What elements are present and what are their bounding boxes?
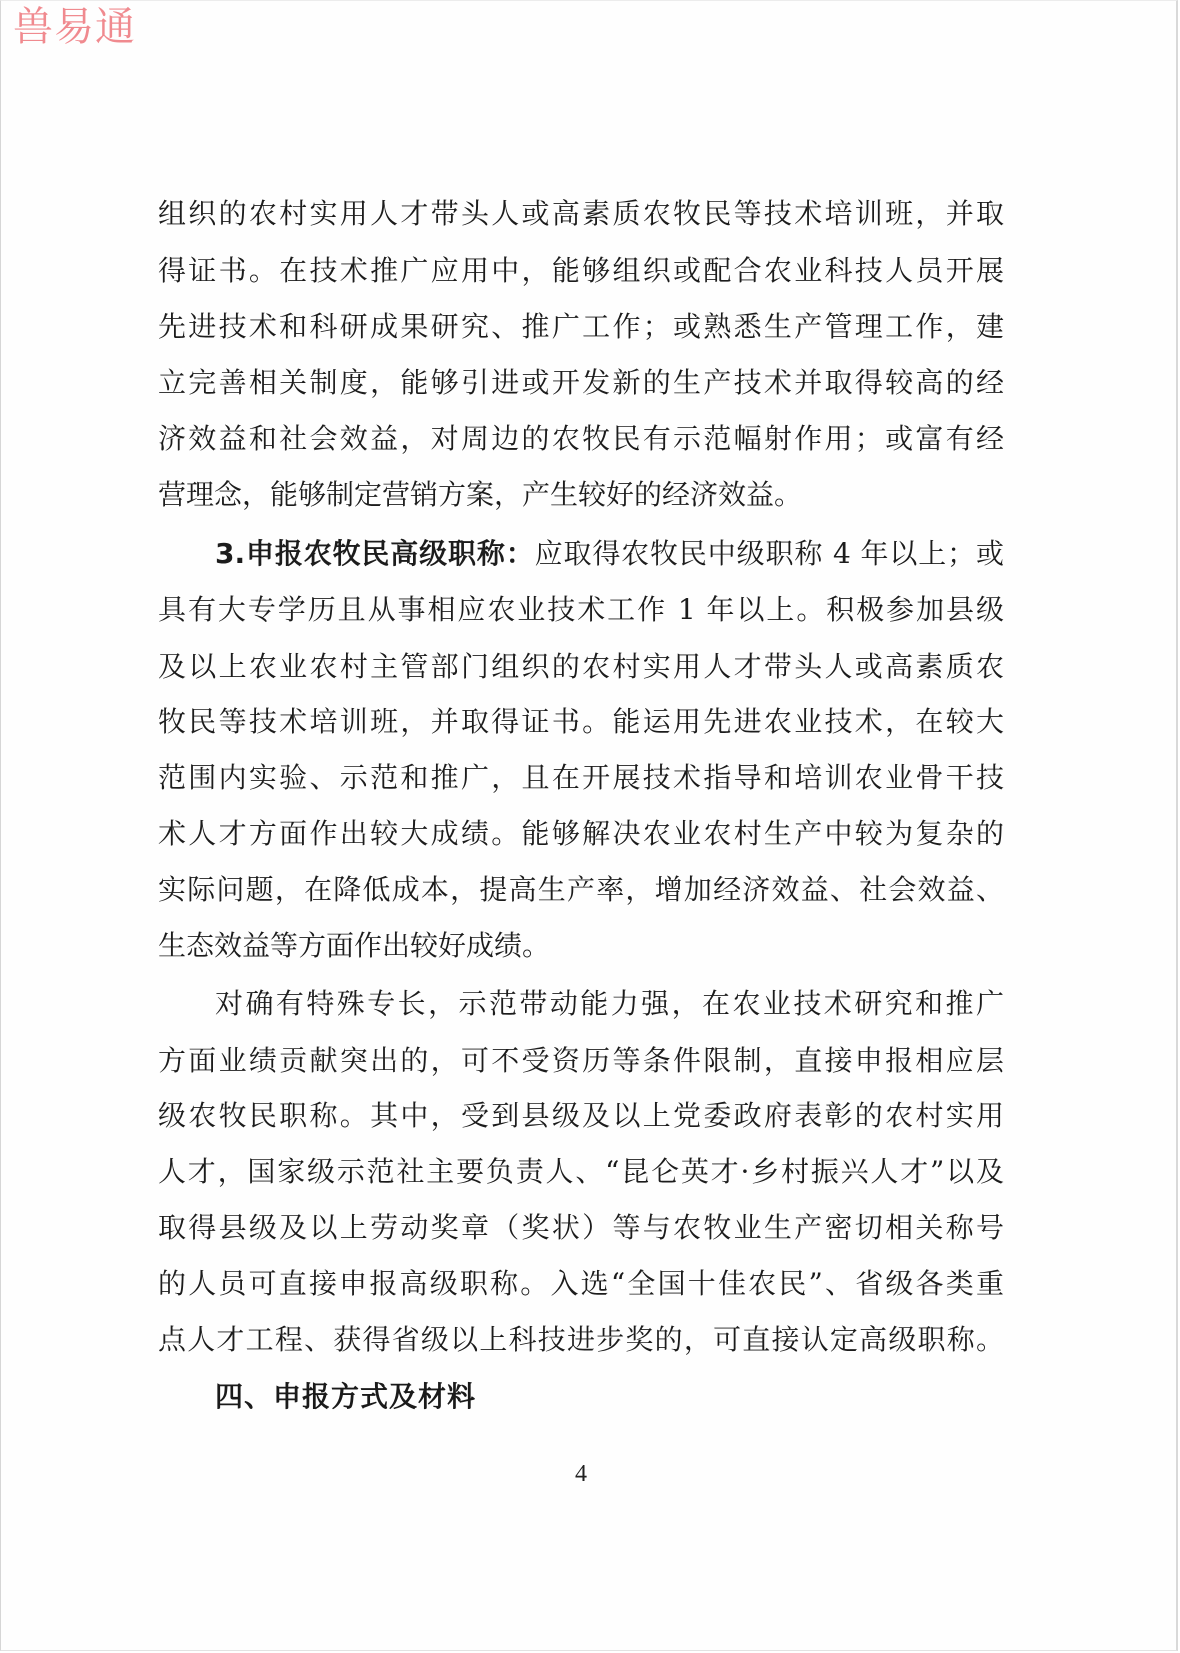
text-line: 范围内实验、示范和推广，且在开展技术指导和培训农业骨干技 [158,760,1004,796]
text-line: 生态效益等方面作出较好成绩。 [158,928,1004,964]
text-line: 对确有特殊专长，示范带动能力强，在农业技术研究和推广 [215,986,1004,1022]
text-line: 人才，国家级示范社主要负责人、“昆仑英才·乡村振兴人才”以及 [158,1154,1004,1190]
text-line: 术人才方面作出较大成绩。能够解决农业农村生产中较为复杂的 [158,816,1004,852]
watermark-logo: 兽易通 [13,3,136,51]
text-line: 方面业绩贡献突出的，可不受资历等条件限制，直接申报相应层 [158,1043,1004,1079]
text-line: 牧民等技术培训班，并取得证书。能运用先进农业技术，在较大 [158,704,1004,740]
paragraph-lead-line: 3.申报农牧民高级职称：应取得农牧民中级职称 4 年以上；或 [215,536,1004,572]
text-line: 得证书。在技术推广应用中，能够组织或配合农业科技人员开展 [158,253,1004,289]
text-span: 应取得农牧民中级职称 4 年以上；或 [535,537,1004,570]
text-line: 立完善相关制度，能够引进或开发新的生产技术并取得较高的经 [158,365,1004,401]
text-line: 取得县级及以上劳动奖章（奖状）等与农牧业生产密切相关称号 [158,1210,1004,1246]
document-page: 兽易通 组织的农村实用人才带头人或高素质农牧民等技术培训班，并取 得证书。在技术… [0,0,1178,1651]
text-line: 营理念，能够制定营销方案，产生较好的经济效益。 [158,477,1004,513]
text-line: 及以上农业农村主管部门组织的农村实用人才带头人或高素质农 [158,649,1004,685]
page-number: 4 [569,1459,593,1489]
text-line: 实际问题，在降低成本，提高生产率，增加经济效益、社会效益、 [158,872,1004,908]
text-line: 济效益和社会效益，对周边的农牧民有示范幅射作用；或富有经 [158,421,1004,457]
text-line: 具有大专学历且从事相应农业技术工作 1 年以上。积极参加县级 [158,592,1004,628]
text-line: 组织的农村实用人才带头人或高素质农牧民等技术培训班，并取 [158,196,1004,232]
text-line: 级农牧民职称。其中，受到县级及以上党委政府表彰的农村实用 [158,1098,1004,1134]
bold-lead-label: 3.申报农牧民高级职称： [215,537,535,570]
text-line: 的人员可直接申报高级职称。入选“全国十佳农民”、省级各类重 [158,1266,1004,1302]
text-line: 点人才工程、获得省级以上科技进步奖的，可直接认定高级职称。 [158,1322,1004,1358]
text-line: 先进技术和科研成果研究、推广工作；或熟悉生产管理工作，建 [158,309,1004,345]
section-heading: 四、申报方式及材料 [215,1379,476,1415]
